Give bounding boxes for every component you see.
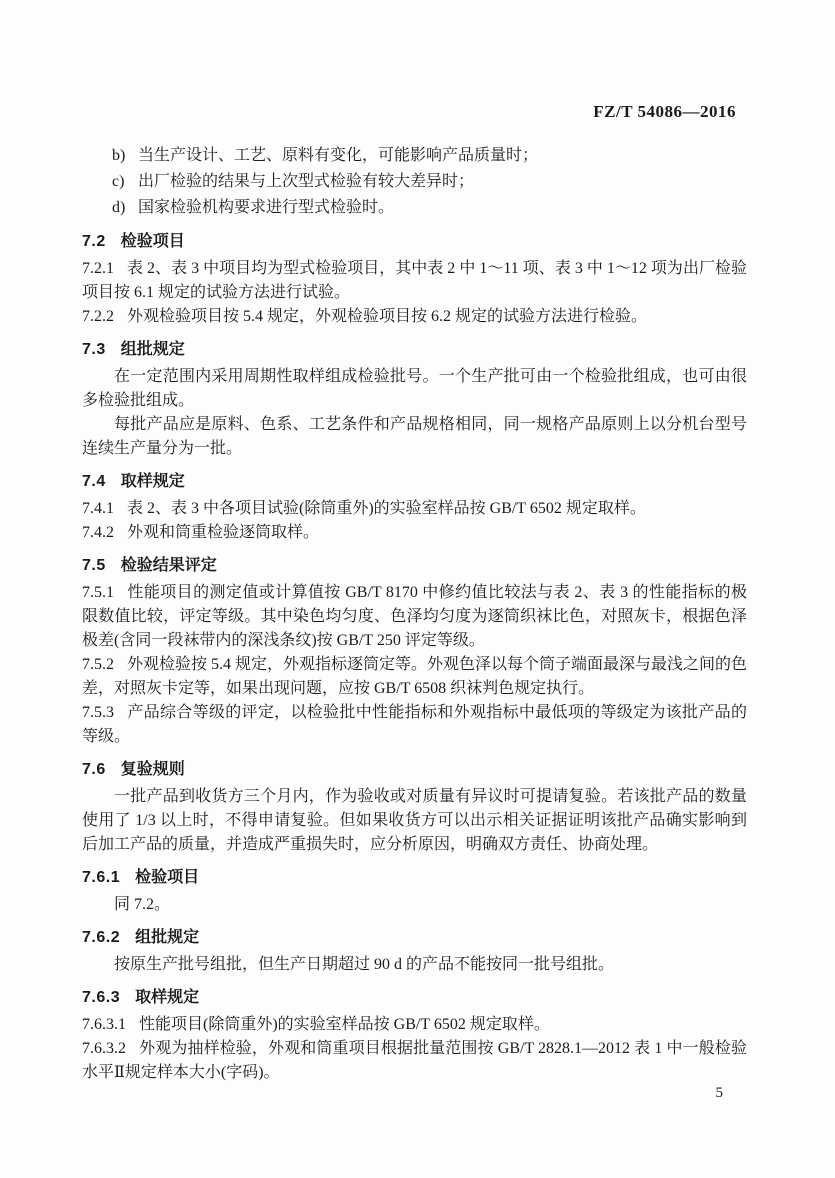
clause-text: 表 2、表 3 中各项目试验(除筒重外)的实验室样品按 GB/T 6502 规定…: [127, 500, 646, 517]
clause-text: 性能项目的测定值或计算值按 GB/T 8170 中修约值比较法与表 2、表 3 …: [82, 584, 747, 649]
document-page: FZ/T 54086—2016 b) 当生产设计、工艺、原料有变化，可能影响产品…: [0, 0, 835, 1178]
section-heading-7-3: 7.3组批规定: [82, 338, 747, 362]
list-item-b: b) 当生产设计、工艺、原料有变化，可能影响产品质量时；: [82, 143, 747, 169]
clause-number: 7.5.3: [82, 704, 114, 721]
clause-7-4-1: 7.4.1表 2、表 3 中各项目试验(除筒重外)的实验室样品按 GB/T 65…: [82, 497, 747, 521]
clause-text: 外观检验按 5.4 规定，外观指标逐筒定等。外观色泽以每个筒子端面最深与最浅之间…: [82, 656, 747, 697]
document-content: b) 当生产设计、工艺、原料有变化，可能影响产品质量时； c) 出厂检验的结果与…: [82, 143, 747, 1085]
clause-7-6-3-1: 7.6.3.1性能项目(除筒重外)的实验室样品按 GB/T 6502 规定取样。: [82, 1013, 747, 1037]
clause-7-2-2: 7.2.2外观检验项目按 5.4 规定，外观检验项目按 6.2 规定的试验方法进…: [82, 305, 747, 329]
section-title: 检验项目: [121, 233, 185, 250]
list-item-text: 当生产设计、工艺、原料有变化，可能影响产品质量时；: [138, 143, 538, 169]
list-item-label: c): [112, 169, 138, 195]
section-title: 检验项目: [135, 869, 199, 886]
clause-text: 外观为抽样检验，外观和筒重项目根据批量范围按 GB/T 2828.1—2012 …: [82, 1040, 747, 1081]
list-item-label: d): [112, 195, 138, 221]
page-number: 5: [716, 1085, 724, 1102]
clause-text: 表 2、表 3 中项目均为型式检验项目，其中表 2 中 1～11 项、表 3 中…: [82, 260, 747, 301]
section-title: 组批规定: [135, 929, 199, 946]
section-number: 7.4: [82, 473, 106, 490]
list-item-label: b): [112, 143, 138, 169]
section-number: 7.3: [82, 341, 106, 358]
clause-number: 7.4.2: [82, 524, 114, 541]
clause-text: 产品综合等级的评定，以检验批中性能指标和外观指标中最低项的等级定为该批产品的等级…: [82, 704, 747, 745]
section-title: 取样规定: [135, 989, 199, 1006]
clause-text: 性能项目(除筒重外)的实验室样品按 GB/T 6502 规定取样。: [139, 1016, 550, 1033]
clause-7-4-2: 7.4.2外观和筒重检验逐筒取样。: [82, 521, 747, 545]
clause-7-5-1: 7.5.1性能项目的测定值或计算值按 GB/T 8170 中修约值比较法与表 2…: [82, 581, 747, 653]
list-item-text: 国家检验机构要求进行型式检验时。: [138, 195, 394, 221]
paragraph: 一批产品到收货方三个月内，作为验收或对质量有异议时可提请复验。若该批产品的数量使…: [82, 785, 747, 857]
clause-number: 7.6.3.1: [82, 1016, 126, 1033]
section-number: 7.6.1: [82, 869, 120, 886]
section-heading-7-6-3: 7.6.3取样规定: [82, 986, 747, 1010]
paragraph: 同 7.2。: [82, 893, 747, 917]
paragraph: 在一定范围内采用周期性取样组成检验批号。一个生产批可由一个检验批组成，也可由很多…: [82, 365, 747, 413]
clause-number: 7.6.3.2: [82, 1040, 126, 1057]
section-heading-7-6-2: 7.6.2组批规定: [82, 926, 747, 950]
section-heading-7-2: 7.2检验项目: [82, 230, 747, 254]
section-number: 7.2: [82, 233, 106, 250]
section-title: 复验规则: [121, 761, 185, 778]
section-title: 组批规定: [121, 341, 185, 358]
clause-7-6-3-2: 7.6.3.2外观为抽样检验，外观和筒重项目根据批量范围按 GB/T 2828.…: [82, 1037, 747, 1085]
clause-number: 7.4.1: [82, 500, 114, 517]
section-number: 7.6.3: [82, 989, 120, 1006]
clause-7-5-3: 7.5.3产品综合等级的评定，以检验批中性能指标和外观指标中最低项的等级定为该批…: [82, 701, 747, 749]
section-number: 7.6.2: [82, 929, 120, 946]
section-title: 取样规定: [121, 473, 185, 490]
section-heading-7-5: 7.5检验结果评定: [82, 554, 747, 578]
clause-7-5-2: 7.5.2外观检验按 5.4 规定，外观指标逐筒定等。外观色泽以每个筒子端面最深…: [82, 653, 747, 701]
section-heading-7-4: 7.4取样规定: [82, 470, 747, 494]
clause-number: 7.5.2: [82, 656, 114, 673]
clause-7-2-1: 7.2.1表 2、表 3 中项目均为型式检验项目，其中表 2 中 1～11 项、…: [82, 257, 747, 305]
section-heading-7-6-1: 7.6.1检验项目: [82, 866, 747, 890]
paragraph: 每批产品应是原料、色系、工艺条件和产品规格相同，同一规格产品原则上以分机台型号连…: [82, 413, 747, 461]
list-item-text: 出厂检验的结果与上次型式检验有较大差异时；: [138, 169, 474, 195]
clause-text: 外观和筒重检验逐筒取样。: [127, 524, 319, 541]
standard-code-header: FZ/T 54086—2016: [593, 102, 736, 122]
clause-number: 7.5.1: [82, 584, 114, 601]
section-number: 7.5: [82, 557, 106, 574]
paragraph: 按原生产批号组批，但生产日期超过 90 d 的产品不能按同一批号组批。: [82, 953, 747, 977]
section-number: 7.6: [82, 761, 106, 778]
section-heading-7-6: 7.6复验规则: [82, 758, 747, 782]
clause-number: 7.2.2: [82, 308, 114, 325]
list-item-c: c) 出厂检验的结果与上次型式检验有较大差异时；: [82, 169, 747, 195]
clause-number: 7.2.1: [82, 260, 114, 277]
clause-text: 外观检验项目按 5.4 规定，外观检验项目按 6.2 规定的试验方法进行检验。: [127, 308, 647, 325]
section-title: 检验结果评定: [121, 557, 217, 574]
list-item-d: d) 国家检验机构要求进行型式检验时。: [82, 195, 747, 221]
